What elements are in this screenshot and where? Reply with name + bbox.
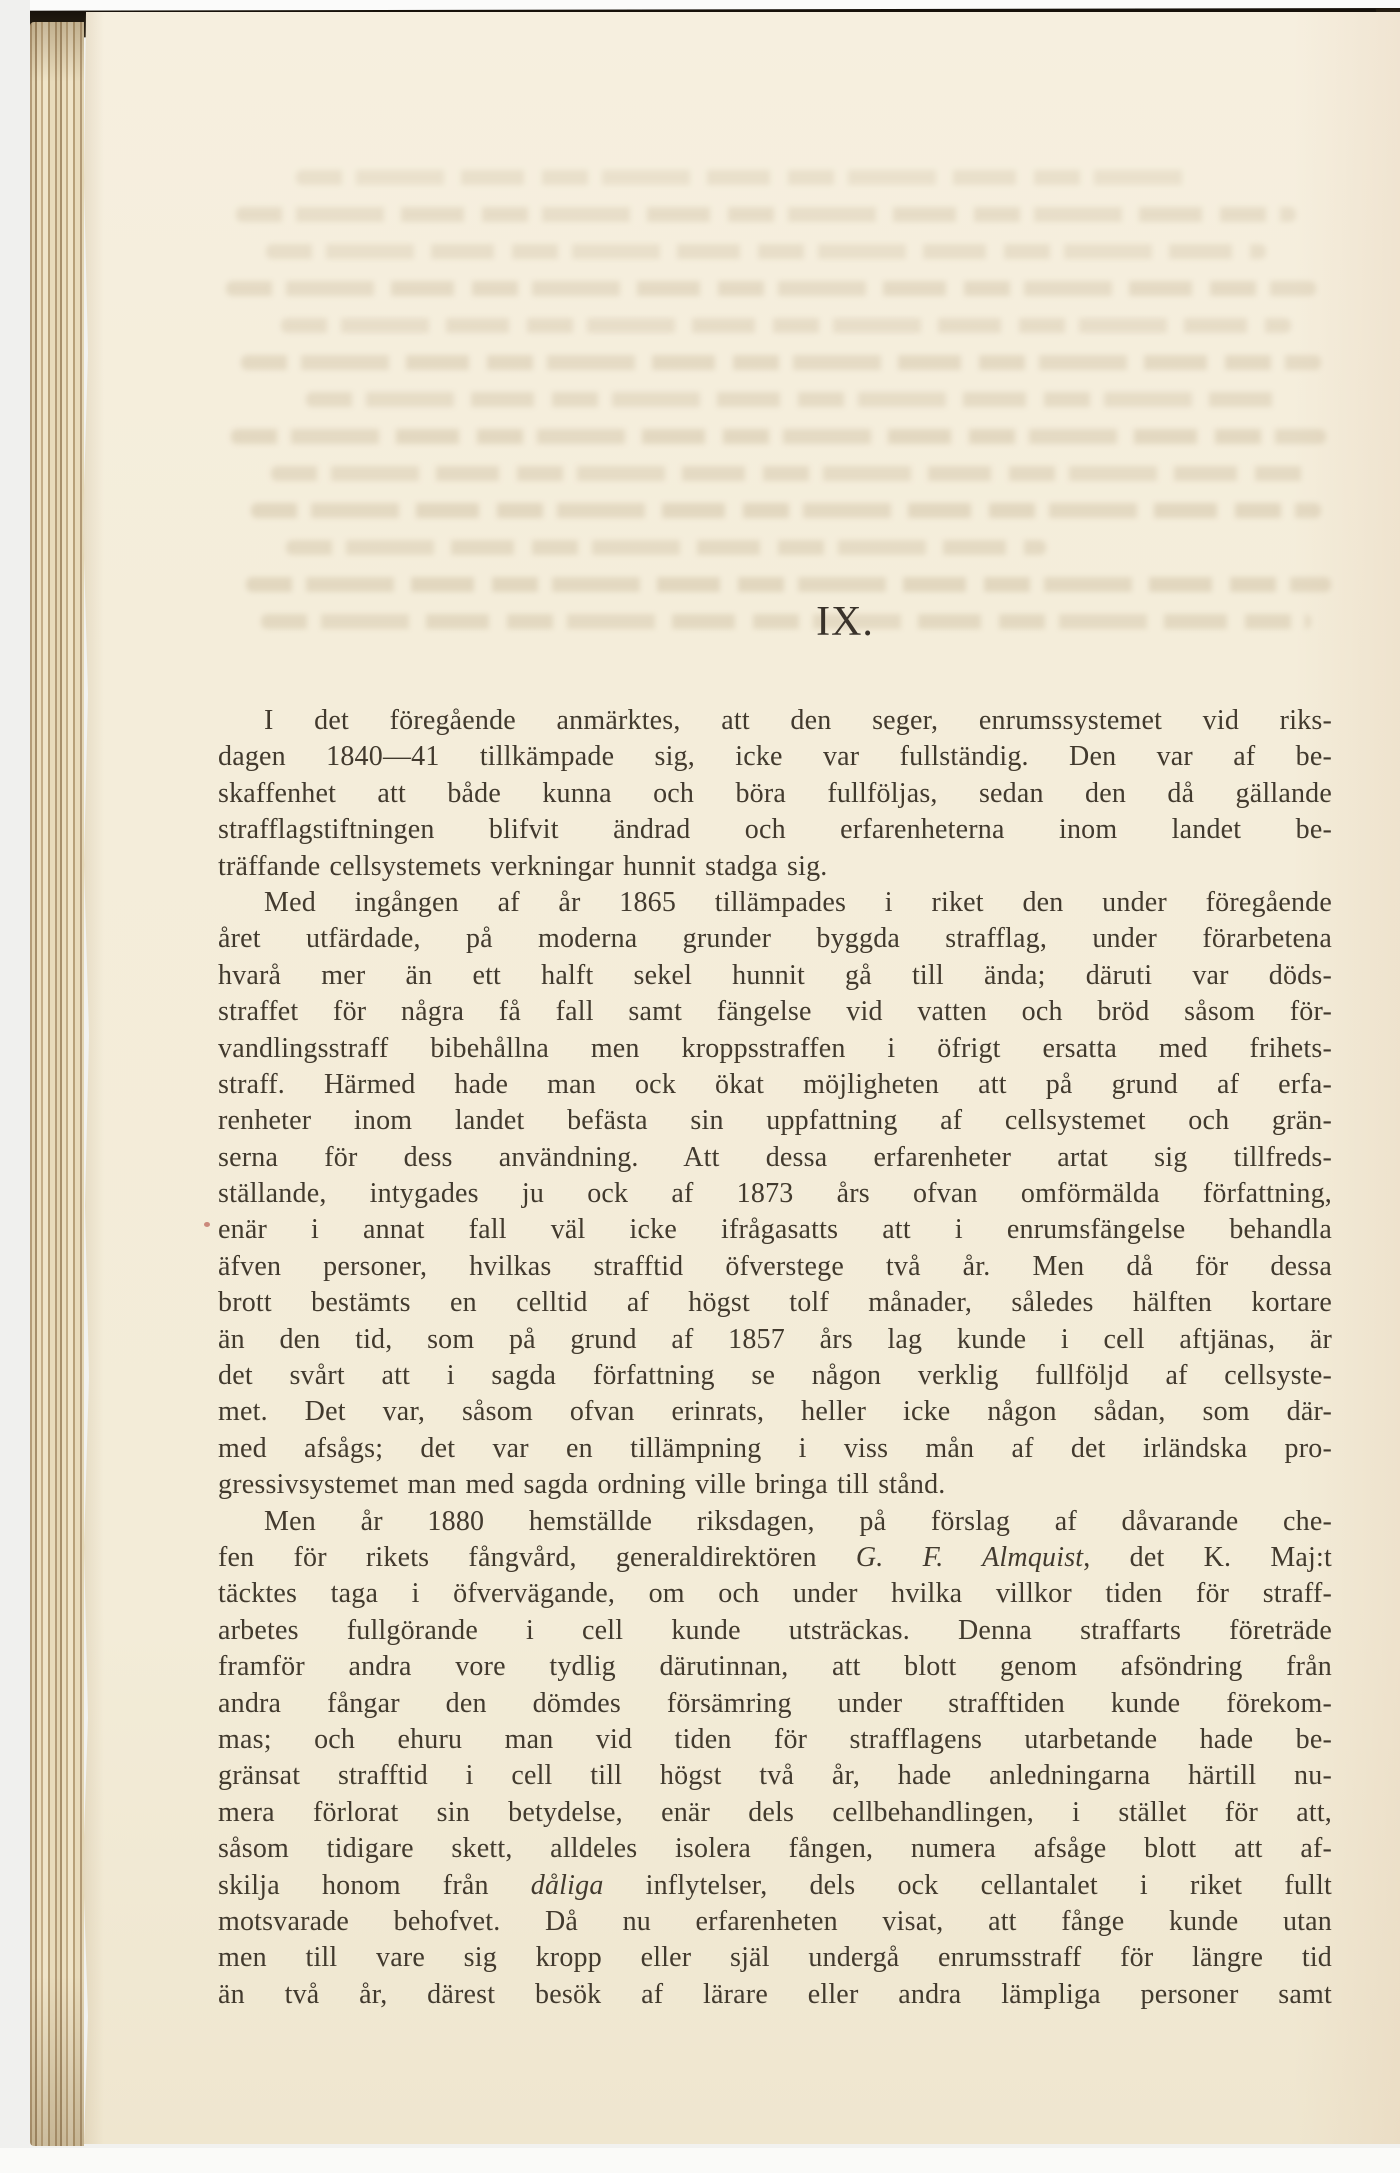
text-line: brott bestämts en celltid af högst tolf … xyxy=(218,1285,1332,1321)
text-line: Men år 1880 hemställde riksdagen, på för… xyxy=(218,1504,1332,1540)
text-line: skaffenhet att både kunna och böra fullf… xyxy=(218,776,1332,812)
text-line: träffande cellsystemets verkningar hunni… xyxy=(218,849,1332,885)
text-line: täcktes taga i öfvervägande, om och unde… xyxy=(218,1576,1332,1612)
text-line: vandlingsstraff bibehållna men kroppsstr… xyxy=(218,1031,1332,1067)
text-line: hvarå mer än ett halft sekel hunnit gå t… xyxy=(218,958,1332,994)
text-line: än två år, därest besök af lärare eller … xyxy=(218,1977,1332,2013)
text-line: met. Det var, såsom ofvan erinrats, hell… xyxy=(218,1394,1332,1430)
ink-speck xyxy=(204,1222,210,1227)
text-line: arbetes fullgörande i cell kunde utsträc… xyxy=(218,1613,1332,1649)
text-line: fen för rikets fångvård, generaldirektör… xyxy=(218,1540,1332,1576)
text-line: straff. Härmed hade man ock ökat möjligh… xyxy=(218,1067,1332,1103)
text-line: ställande, intygades ju ock af 1873 års … xyxy=(218,1176,1332,1212)
text-line: gränsat strafftid i cell till högst två … xyxy=(218,1758,1332,1794)
text-line: gressivsystemet man med sagda ordning vi… xyxy=(218,1467,1332,1503)
text-line: strafflagstiftningen blifvit ändrad och … xyxy=(218,812,1332,848)
bleedthrough-line xyxy=(271,466,1311,481)
body-text: I det föregående anmärktes, att den sege… xyxy=(218,703,1332,2013)
text-line: Med ingången af år 1865 tillämpades i ri… xyxy=(218,885,1332,921)
text-line: enär i annat fall väl icke ifrågasatts a… xyxy=(218,1212,1332,1248)
text-line: skilja honom från dåliga inflytelser, de… xyxy=(218,1868,1332,1904)
book-page: IX. I det föregående anmärktes, att den … xyxy=(76,12,1400,2144)
bleedthrough-line xyxy=(236,207,1296,222)
text-line: motsvarade behofvet. Då nu erfarenheten … xyxy=(218,1904,1332,1940)
text-line: året utfärdade, på moderna grunder byggd… xyxy=(218,921,1332,957)
scan-margin-left xyxy=(0,0,30,2173)
bleedthrough-line xyxy=(241,355,1321,370)
scan-margin-bottom xyxy=(0,2148,1400,2173)
text-line: serna för dess användning. Att dessa erf… xyxy=(218,1140,1332,1176)
paragraph: I det föregående anmärktes, att den sege… xyxy=(218,703,1332,885)
text-line: straffet för några få fall samt fängelse… xyxy=(218,994,1332,1030)
text-line: såsom tidigare skett, alldeles isolera f… xyxy=(218,1831,1332,1867)
text-line: framför andra vore tydlig därutinnan, at… xyxy=(218,1649,1332,1685)
bleedthrough-line xyxy=(231,429,1326,444)
text-line: renheter inom landet befästa sin uppfatt… xyxy=(218,1103,1332,1139)
bleedthrough-line xyxy=(286,540,1046,555)
bleedthrough-line xyxy=(266,244,1266,259)
text-line: dagen 1840—41 tillkämpade sig, icke var … xyxy=(218,739,1332,775)
text-line: med afsågs; det var en tillämpning i vis… xyxy=(218,1431,1332,1467)
bleedthrough-line xyxy=(296,170,1196,185)
text-line: mas; och ehuru man vid tiden för straffl… xyxy=(218,1722,1332,1758)
bleedthrough-text xyxy=(226,170,1338,651)
bleedthrough-line xyxy=(226,281,1316,296)
paragraph: Men år 1880 hemställde riksdagen, på för… xyxy=(218,1504,1332,2013)
text-line: andra fångar den dömdes försämring under… xyxy=(218,1686,1332,1722)
text-line: äfven personer, hvilkas strafftid öfvers… xyxy=(218,1249,1332,1285)
text-line: det svårt att i sagda författning se någ… xyxy=(218,1358,1332,1394)
bleedthrough-line xyxy=(281,318,1291,333)
bleedthrough-line xyxy=(251,503,1321,518)
bleedthrough-line xyxy=(306,392,1286,407)
text-line: mera förlorat sin betydelse, enär dels c… xyxy=(218,1795,1332,1831)
text-line: I det föregående anmärktes, att den sege… xyxy=(218,703,1332,739)
text-line: än den tid, som på grund af 1857 års lag… xyxy=(218,1322,1332,1358)
page-stack-edges xyxy=(30,22,84,2146)
text-line: men till vare sig kropp eller själ under… xyxy=(218,1940,1332,1976)
chapter-heading: IX. xyxy=(218,598,1400,646)
scanned-book-photo: IX. I det föregående anmärktes, att den … xyxy=(0,0,1400,2173)
bleedthrough-line xyxy=(246,577,1331,592)
paragraph: Med ingången af år 1865 tillämpades i ri… xyxy=(218,885,1332,1504)
